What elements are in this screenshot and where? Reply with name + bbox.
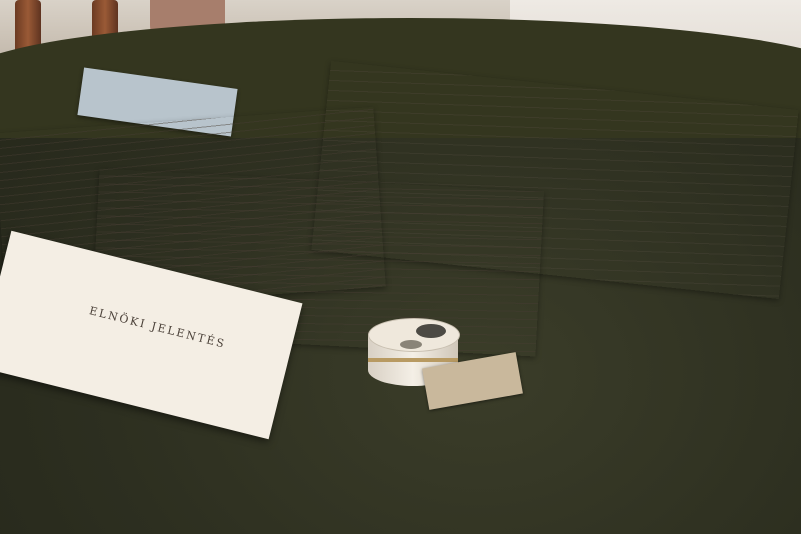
photo-scene: ELNÖKI JELENTÉS xyxy=(0,0,801,534)
coin xyxy=(400,340,422,349)
coin xyxy=(416,324,446,338)
booklet-title: ELNÖKI JELENTÉS xyxy=(88,304,227,351)
tin-band xyxy=(368,358,458,362)
